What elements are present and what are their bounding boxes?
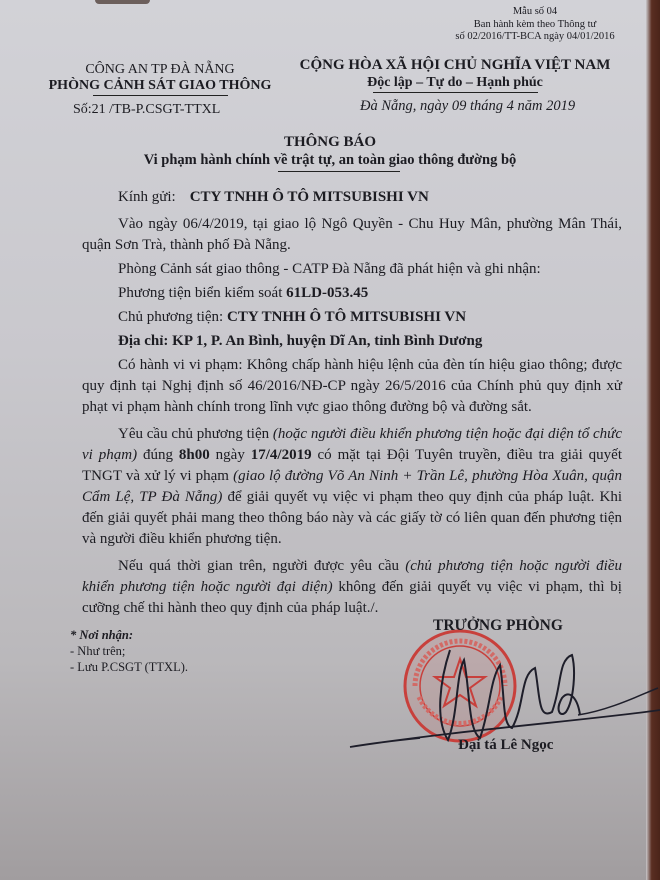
issuer-underline [93,95,228,96]
paragraph-detection: Phòng Cảnh sát giao thông - CATP Đà Nẵng… [82,259,622,280]
issuer-header: CÔNG AN TP ĐÀ NẴNG PHÒNG CẢNH SÁT GIAO T… [40,62,280,96]
paragraph-date-location: Vào ngày 06/4/2019, tại giao lộ Ngô Quyề… [82,214,622,256]
form-note: Mẫu số 04 Ban hành kèm theo Thông tư số … [420,6,650,44]
paragraph-violation: Có hành vi vi phạm: Không chấp hành hiệu… [82,355,622,418]
address-value: KP 1, P. An Bình, huyện Dĩ An, tỉnh Bình… [172,333,482,349]
form-note-line2: Ban hành kèm theo Thông tư [420,19,650,32]
form-note-line3: số 02/2016/TT-BCA ngày 04/01/2016 [420,31,650,44]
summons-time: 8h00 [179,447,210,463]
enforcement-text-a: Nếu quá thời gian trên, người được yêu c… [118,558,405,574]
plate-label: Phương tiện biển kiểm soát [118,285,286,301]
summons-text-d: ngày [210,447,251,463]
address-label: Địa chỉ: [118,333,172,349]
document-title: THÔNG BÁO [100,134,560,151]
paper-clip-shadow [95,0,150,4]
issuer-agency: CÔNG AN TP ĐÀ NẴNG [40,62,280,78]
document-subtitle: Vi phạm hành chính về trật tự, an toàn g… [100,152,560,169]
form-note-line1: Mẫu số 04 [420,6,650,19]
paragraph-owner: Chủ phương tiện: CTY TNHH Ô TÔ MITSUBISH… [82,307,622,328]
recipients-block: * Nơi nhận: - Như trên; - Lưu P.CSGT (TT… [70,627,188,675]
national-header: CỘNG HÒA XÃ HỘI CHỦ NGHĨA VIỆT NAM Độc l… [290,57,620,93]
signer-name: Đại tá Lê Ngọc [458,737,553,754]
paragraph-address: Địa chỉ: KP 1, P. An Bình, huyện Dĩ An, … [82,331,622,352]
document-number: Số:21 /TB-P.CSGT-TTXL [73,102,220,118]
summons-date: 17/4/2019 [251,447,312,463]
body-text: Vào ngày 06/4/2019, tại giao lộ Ngô Quyề… [82,214,622,619]
subtitle-underline [278,171,400,172]
owner-label: Chủ phương tiện: [118,309,227,325]
summons-text-a: Yêu cầu chủ phương tiện [118,426,273,442]
issuer-department: PHÒNG CẢNH SÁT GIAO THÔNG [40,78,280,94]
national-motto: Độc lập – Tự do – Hạnh phúc [290,74,620,91]
recipient-line: Kính gửi:CTY TNHH Ô TÔ MITSUBISHI VN [118,189,429,206]
recipients-item: - Lưu P.CSGT (TTXL). [70,659,188,675]
summons-text-c: đúng [137,447,179,463]
recipient-name: CTY TNHH Ô TÔ MITSUBISHI VN [190,189,429,205]
recipients-heading: * Nơi nhận: [70,627,188,643]
paragraph-summons: Yêu cầu chủ phương tiện (hoặc người điều… [82,424,622,550]
country-name: CỘNG HÒA XÃ HỘI CHỦ NGHĨA VIỆT NAM [290,57,620,74]
motto-underline [373,92,538,93]
plate-number: 61LD-053.45 [286,285,368,301]
recipient-label: Kính gửi: [118,189,176,205]
paragraph-enforcement: Nếu quá thời gian trên, người được yêu c… [82,556,622,619]
recipients-item: - Như trên; [70,643,188,659]
place-date: Đà Nẵng, ngày 09 tháng 4 năm 2019 [360,98,575,115]
owner-name: CTY TNHH Ô TÔ MITSUBISHI VN [227,309,466,325]
paragraph-plate: Phương tiện biển kiểm soát 61LD-053.45 [82,283,622,304]
